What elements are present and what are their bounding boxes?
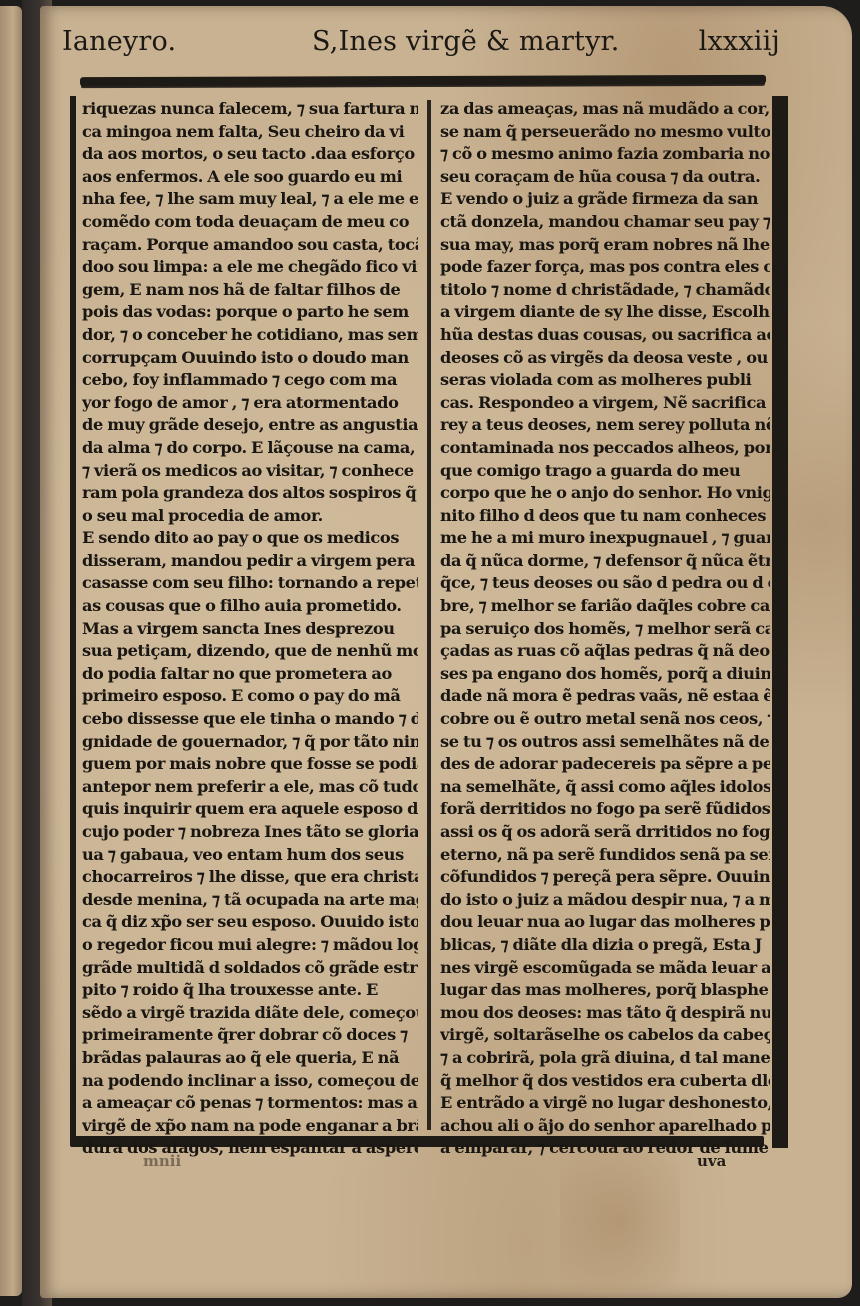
text-line: raçam. Porque amandoo sou casta, tocã <box>82 234 418 257</box>
text-line: pode fazer força, mas pos contra eles o <box>440 256 770 279</box>
text-line: blicas, ⁊ diãte dla dizia o pregã, Esta … <box>440 934 770 957</box>
text-column-right: za das ameaças, mas nã mudãdo a cor, se … <box>440 98 770 1160</box>
text-line: hũa destas duas cousas, ou sacrifica aos <box>440 324 770 347</box>
text-line: ⁊ cõ o mesmo animo fazia zombaria no <box>440 143 770 166</box>
text-line: aos enfermos. A ele soo guardo eu mi <box>82 166 418 189</box>
text-line: assi os q̃ os adorã serã drritidos no fo… <box>440 821 770 844</box>
text-line: ⁊ a cobrirã, pola grã diuina, d tal mane… <box>440 1047 770 1070</box>
text-line: a ameaçar cõ penas ⁊ tormentos: mas a <box>82 1092 418 1115</box>
folio-number: lxxxiij <box>699 26 780 57</box>
text-line: lugar das mas molheres, porq̃ blasphe <box>440 979 770 1002</box>
text-line: pito ⁊ roido q̃ lha trouxesse ante. E <box>82 979 418 1002</box>
text-line: za das ameaças, mas nã mudãdo a cor, <box>440 98 770 121</box>
text-line: q̃ melhor q̃ dos vestidos era cuberta dl… <box>440 1070 770 1093</box>
text-line: se nam q̃ perseuerãdo no mesmo vulto <box>440 121 770 144</box>
text-line: sua may, mas porq̃ eram nobres nã lhes <box>440 234 770 257</box>
header-month: Ianeyro. <box>62 26 176 57</box>
text-line: pa seruiço dos homẽs, ⁊ melhor serã cal <box>440 618 770 641</box>
text-line: me he a mi muro inexpugnauel , ⁊ guar <box>440 527 770 550</box>
text-line: do podia faltar no que prometera ao <box>82 663 418 686</box>
text-line: corrupçam Ouuindo isto o doudo man <box>82 347 418 370</box>
catchword: uva <box>697 1152 726 1170</box>
text-line: da alma ⁊ do corpo. E lãçouse na cama, <box>82 437 418 460</box>
right-frame-rule <box>772 96 788 1148</box>
text-line: o seu mal procedia de amor. <box>82 505 418 528</box>
text-line: achou ali o ãjo do senhor aparelhado per… <box>440 1115 770 1138</box>
text-line: corpo que he o anjo do senhor. Ho vnige <box>440 482 770 505</box>
text-line: gem, E nam nos hã de faltar filhos de <box>82 279 418 302</box>
text-line: quis inquirir quem era aquele esposo de <box>82 798 418 821</box>
text-line: virgẽ, soltarãselhe os cabelos da cabeça <box>440 1024 770 1047</box>
text-line: a virgem diante de sy lhe disse, Escolhe <box>440 301 770 324</box>
text-line: do isto o juiz a mãdou despir nua, ⁊ a m… <box>440 889 770 912</box>
text-line: guem por mais nobre que fosse se podia <box>82 753 418 776</box>
text-line: nha fee, ⁊ lhe sam muy leal, ⁊ a ele me … <box>82 188 418 211</box>
text-line: cujo poder ⁊ nobreza Ines tãto se gloria <box>82 821 418 844</box>
header-title: S,Ines virgẽ & martyr. <box>312 26 619 57</box>
text-line: cas. Respondeo a virgem, Nẽ sacrifica <box>440 392 770 415</box>
text-line: primeiro esposo. E como o pay do mã <box>82 685 418 708</box>
text-line: ca q̃ diz xp̃o ser seu esposo. Ouuido is… <box>82 911 418 934</box>
text-line: sẽdo a virgẽ trazida diãte dele, começou… <box>82 1002 418 1025</box>
text-line: dade nã mora ẽ pedras vaãs, nẽ estaa ẽ <box>440 685 770 708</box>
text-column-left: riquezas nunca falecem, ⁊ sua fartura nũ… <box>82 98 418 1160</box>
text-line: forã derritidos no fogo pa serẽ fũdidos, <box>440 798 770 821</box>
text-line: primeiramente q̃rer dobrar cõ doces ⁊ <box>82 1024 418 1047</box>
text-line: bre, ⁊ melhor se farião daq̃les cobre ca… <box>440 595 770 618</box>
text-line: cobre ou ẽ outro metal senã nos ceos, ⁊ <box>440 708 770 731</box>
text-line: virgẽ de xp̃o nam na pode enganar a brã <box>82 1115 418 1138</box>
text-line: da aos mortos, o seu tacto .daa esforço <box>82 143 418 166</box>
text-line: rey a teus deoses, nem serey polluta nẽ <box>440 414 770 437</box>
text-line: nes virgẽ escomũgada se mãda leuar ao <box>440 957 770 980</box>
text-line: chocarreiros ⁊ lhe disse, que era christ… <box>82 866 418 889</box>
text-line: ctã donzela, mandou chamar seu pay ⁊ <box>440 211 770 234</box>
text-line: çadas as ruas cõ aq̃las pedras q̃ nã deo <box>440 640 770 663</box>
text-line: dor, ⁊ o conceber he cotidiano, mas sem <box>82 324 418 347</box>
text-line: na podendo inclinar a isso, começou de <box>82 1070 418 1093</box>
text-line: antepor nem preferir a ele, mas cõ tudo <box>82 776 418 799</box>
text-line: deoses cõ as virgẽs da deosa veste , ou <box>440 347 770 370</box>
text-line: gnidade de gouernador, ⁊ q̃ por tãto nin <box>82 731 418 754</box>
signature-mark: mnii <box>143 1152 181 1170</box>
text-line: seu coraçam de hũa cousa ⁊ da outra. <box>440 166 770 189</box>
text-line: se tu ⁊ os outros assi semelhãtes nã dei… <box>440 731 770 754</box>
text-line: sua petiçam, dizendo, que de nenhũ mo <box>82 640 418 663</box>
left-frame-rule <box>70 96 76 1138</box>
text-line: desde menina, ⁊ tã ocupada na arte magi <box>82 889 418 912</box>
text-line: ram pola grandeza dos altos sospiros q̃ <box>82 482 418 505</box>
text-line: na semelhãte, q̃ assi como aq̃les idolos <box>440 776 770 799</box>
column-divider <box>427 100 431 1130</box>
text-line: contaminada nos peccados alheos, por <box>440 437 770 460</box>
paper-stain <box>560 1150 680 1290</box>
text-line: cebo, foy inflammado ⁊ cego com ma <box>82 369 418 392</box>
text-line: cõfundidos ⁊ pereçã pera sẽpre. Ouuin <box>440 866 770 889</box>
text-line: comẽdo com toda deuaçam de meu co <box>82 211 418 234</box>
text-line: de muy grãde desejo, entre as angustias <box>82 414 418 437</box>
text-line: grãde multidã d soldados cõ grãde estre <box>82 957 418 980</box>
text-line: E vendo o juiz a grãde firmeza da san <box>440 188 770 211</box>
text-line: yor fogo de amor , ⁊ era atormentado <box>82 392 418 415</box>
text-line: dou leuar nua ao lugar das molheres pu <box>440 911 770 934</box>
text-line: Mas a virgem sancta Ines desprezou <box>82 618 418 641</box>
text-line: riquezas nunca falecem, ⁊ sua fartura nũ <box>82 98 418 121</box>
text-line: ca mingoa nem falta, Seu cheiro da vi <box>82 121 418 144</box>
text-line: ua ⁊ gabaua, veo entam hum dos seus <box>82 844 418 867</box>
text-line: titolo ⁊ nome d christãdade, ⁊ chamãdo <box>440 279 770 302</box>
text-line: doo sou limpa: a ele me chegãdo fico vir <box>82 256 418 279</box>
text-line: que comigo trago a guarda do meu <box>440 460 770 483</box>
text-line: E entrãdo a virgẽ no lugar deshonesto, <box>440 1092 770 1115</box>
running-header: Ianeyro. S,Ines virgẽ & martyr. lxxxiij <box>62 26 788 66</box>
text-line: as cousas que o filho auia prometido. <box>82 595 418 618</box>
text-line: pois das vodas: porque o parto he sem <box>82 301 418 324</box>
text-line: ⁊ vierã os medicos ao visitar, ⁊ conhece <box>82 460 418 483</box>
text-line: cebo dissesse que ele tinha o mando ⁊ di <box>82 708 418 731</box>
text-line: eterno, nã pa serẽ fundidos senã pa serẽ <box>440 844 770 867</box>
text-line: da q̃ nũca dorme, ⁊ defensor q̃ nũca ẽtr… <box>440 550 770 573</box>
text-line: q̃ce, ⁊ teus deoses ou são d pedra ou d … <box>440 572 770 595</box>
text-line: disseram, mandou pedir a virgem pera q̃ <box>82 550 418 573</box>
text-line: dura dos afagos, nem espantar a aspere <box>82 1137 418 1160</box>
text-line: casasse com seu filho: tornando a repeti… <box>82 572 418 595</box>
previous-page-edge <box>0 6 22 1296</box>
text-line: des de adorar padecereis pa sẽpre a pe <box>440 753 770 776</box>
text-line: nito filho d deos que tu nam conheces <box>440 505 770 528</box>
text-line: ses pa engano dos homẽs, porq̃ a diuin <box>440 663 770 686</box>
text-line: E sendo dito ao pay o que os medicos <box>82 527 418 550</box>
text-line: mou dos deoses: mas tãto q̃ despirã nua … <box>440 1002 770 1025</box>
text-line: brãdas palauras ao q̃ ele queria, E nã <box>82 1047 418 1070</box>
text-line: seras violada com as molheres publi <box>440 369 770 392</box>
text-line: o regedor ficou mui alegre: ⁊ mãdou logo <box>82 934 418 957</box>
